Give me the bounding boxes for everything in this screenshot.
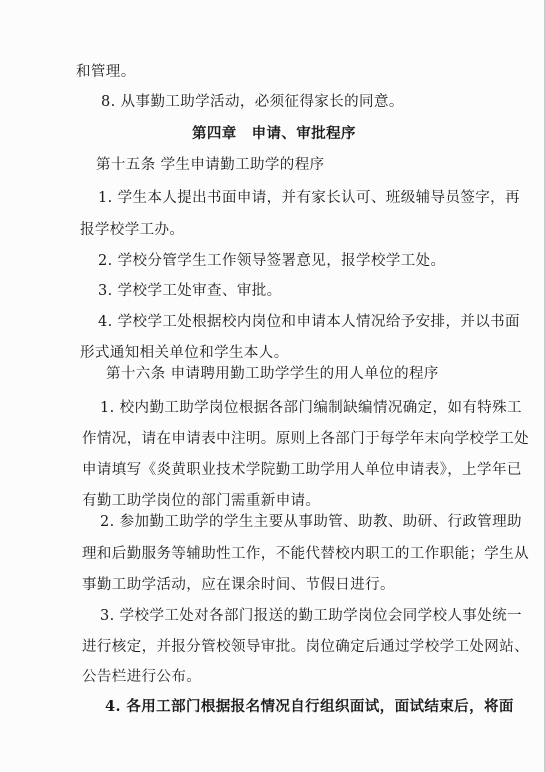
chapter-heading: 第四章 申请、审批程序 bbox=[192, 124, 356, 144]
text-line: 作情况，请在申请表中注明。原则上各部门于每学年末向学校学工处 bbox=[82, 429, 529, 449]
text-line: 2. 参加勤工助学的学生主要从事助管、助教、助研、行政管理助 bbox=[100, 512, 522, 532]
text-line: 8. 从事勤工助学活动，必须征得家长的同意。 bbox=[101, 92, 404, 112]
text-line: 3. 学校学工处审查、审批。 bbox=[98, 281, 282, 301]
text-line: 形式通知相关单位和学生本人。 bbox=[80, 343, 289, 363]
text-line: 报学校学工办。 bbox=[80, 220, 184, 240]
text-line: 3. 学校学工处对各部门报送的勤工助学岗位会同学校人事处统一 bbox=[100, 606, 522, 626]
text-line: 申请填写《炎黄职业技术学院勤工助学用人单位申请表》，上学年已 bbox=[82, 460, 522, 480]
article-heading: 第十六条 申请聘用勤工助学学生的用人单位的程序 bbox=[106, 364, 439, 384]
text-line: 1. 校内勤工助学岗位根据各部门编制缺编情况确定，如有特殊工 bbox=[100, 398, 522, 418]
text-line: 理和后勤服务等辅助性工作，不能代替校内职工的工作职能；学生从 bbox=[82, 544, 529, 564]
text-line: 4. 各用工部门根据报名情况自行组织面试，面试结束后，将面 bbox=[105, 697, 514, 717]
text-line: 4. 学校学工处根据校内岗位和申请本人情况给予安排，并以书面 bbox=[98, 312, 520, 332]
text-line: 事勤工助学活动，应在课余时间、节假日进行。 bbox=[82, 575, 395, 595]
text-line: 公告栏进行公布。 bbox=[82, 667, 201, 687]
text-line: 1. 学生本人提出书面申请，并有家长认可、班级辅导员签字，再 bbox=[98, 188, 520, 208]
text-line: 进行核定，并报分管校领导审批。岗位确定后通过学校学工处网站、 bbox=[82, 637, 529, 657]
text-line: 和管理。 bbox=[76, 62, 136, 82]
text-line: 2. 学校分管学生工作领导签署意见，报学校学工处。 bbox=[98, 251, 445, 271]
article-heading: 第十五条 学生申请勤工助学的程序 bbox=[96, 155, 325, 175]
text-line: 有勤工助学岗位的部门需重新申请。 bbox=[82, 491, 320, 511]
